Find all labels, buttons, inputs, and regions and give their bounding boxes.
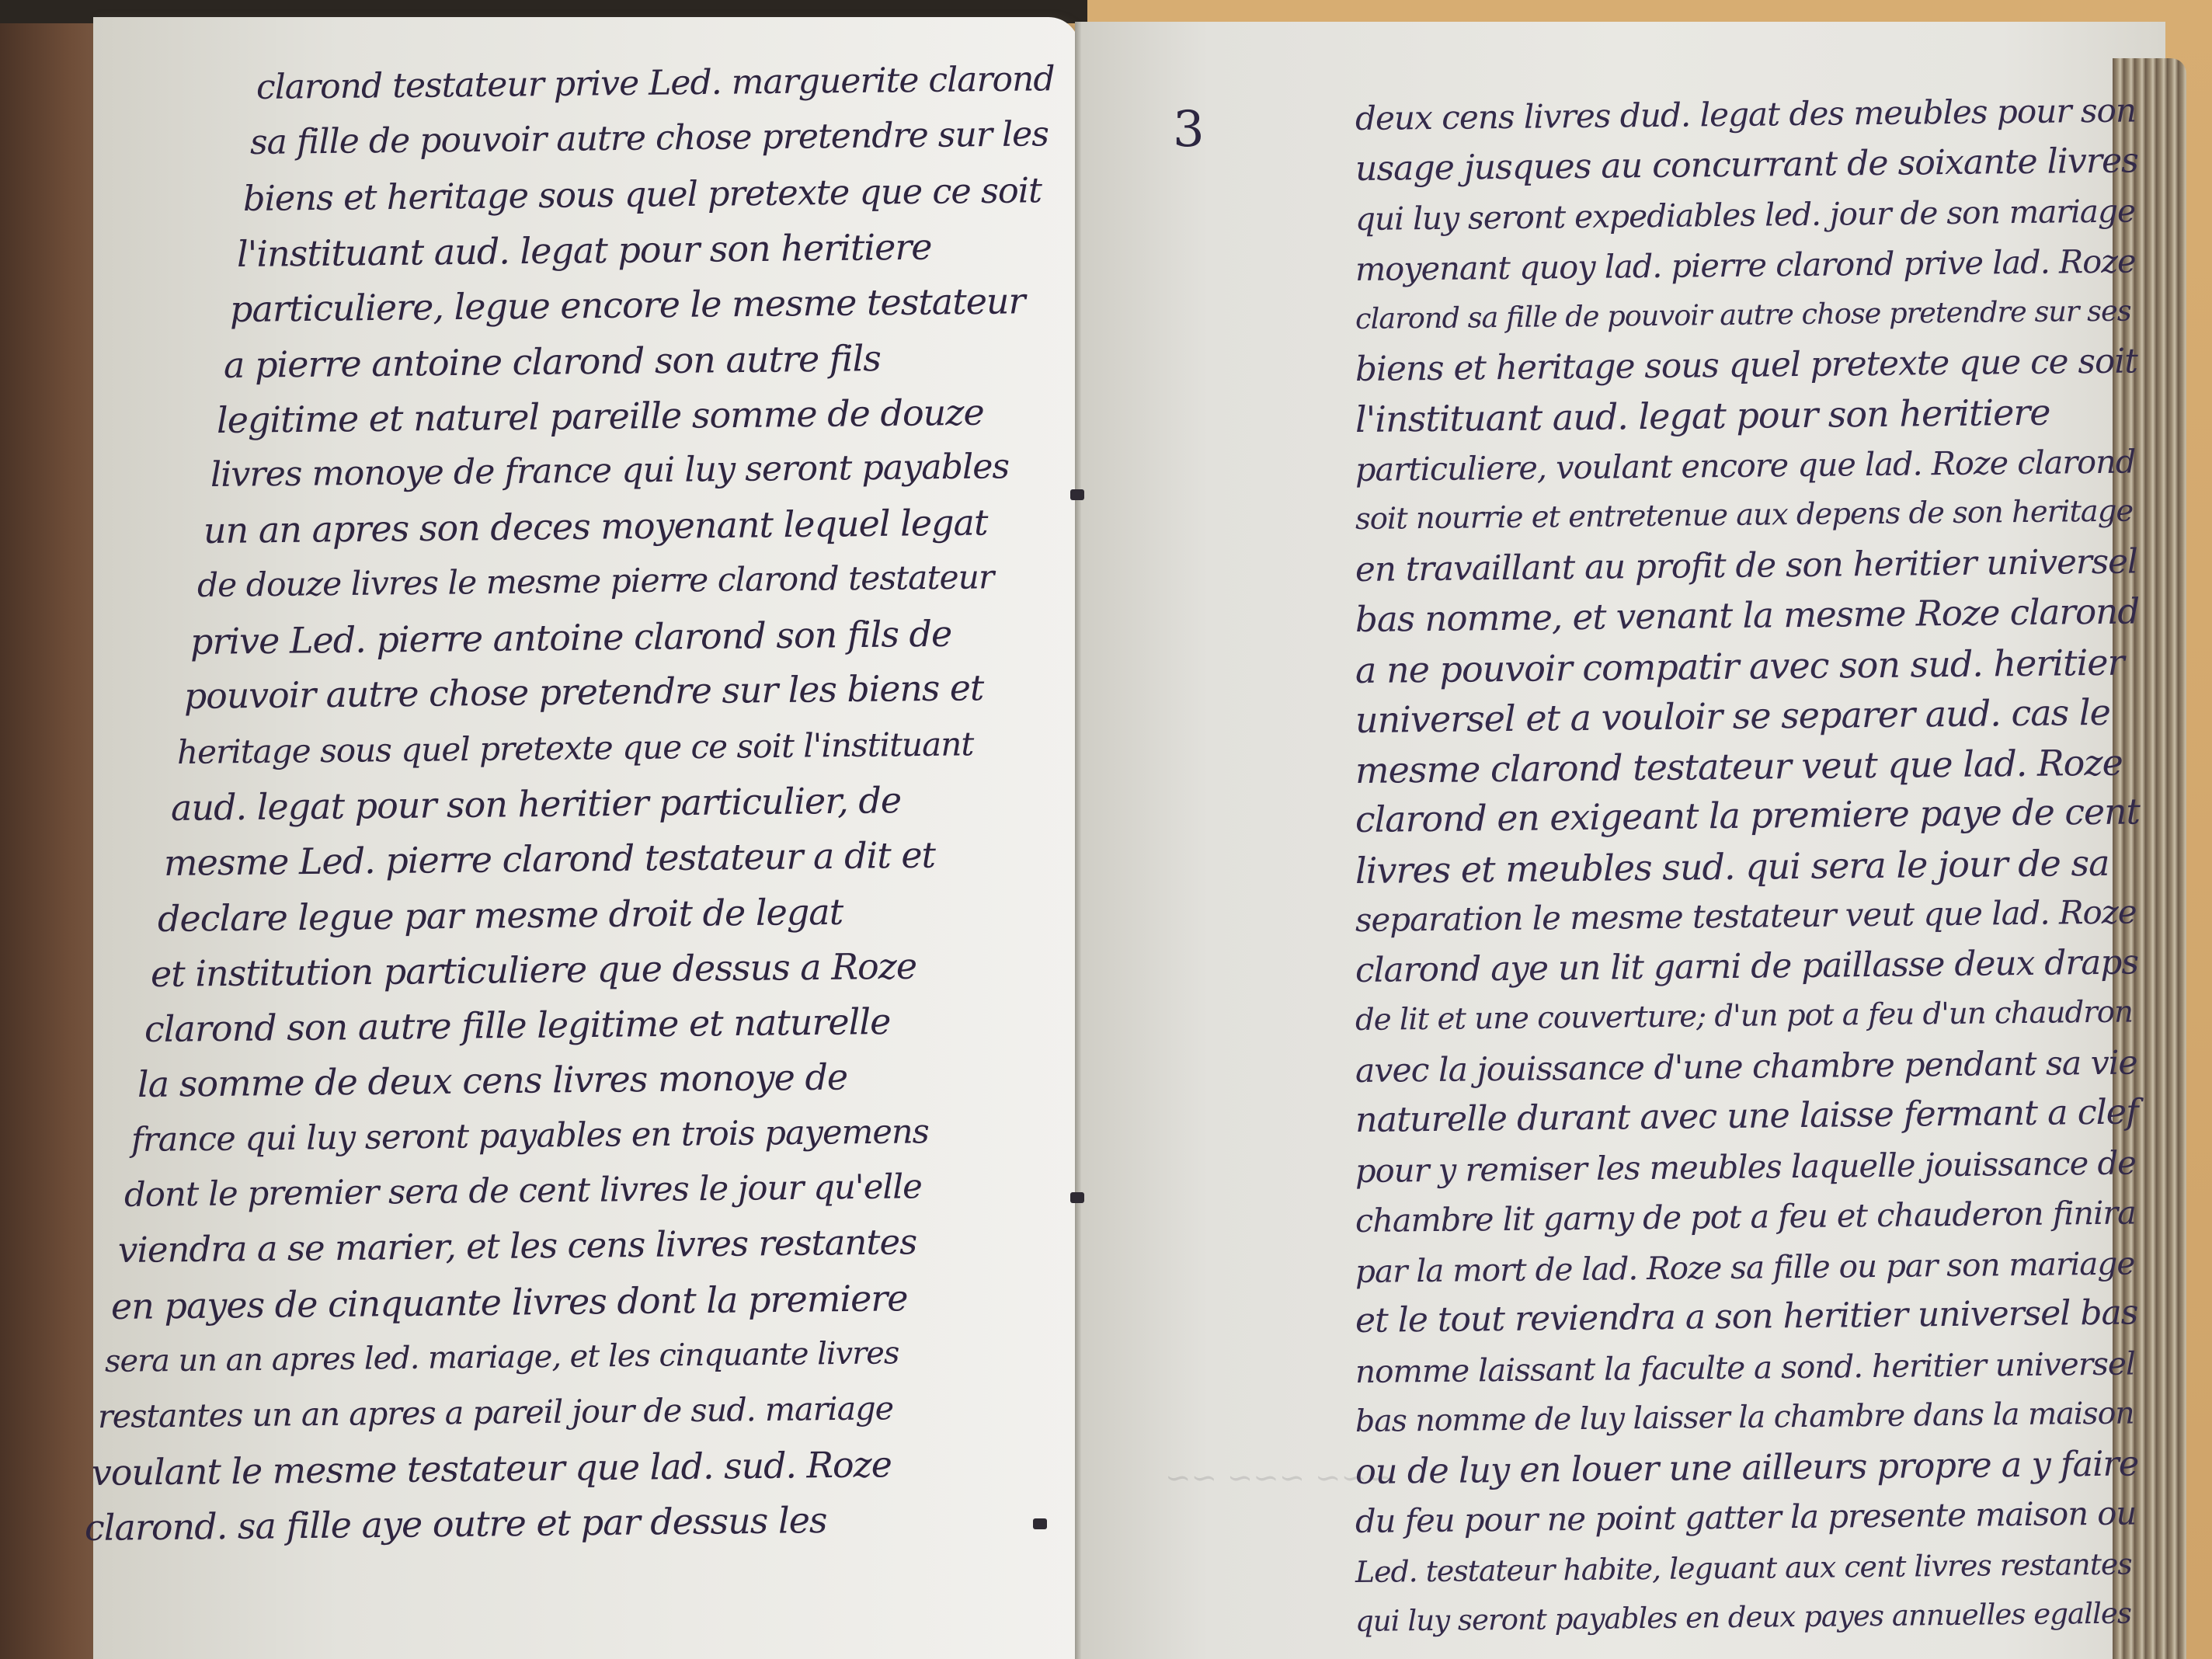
handwritten-line: particuliere, legue encore le mesme test…: [230, 273, 1025, 336]
handwritten-line: sa fille de pouvoir autre chose pretendr…: [249, 108, 1049, 171]
handwritten-line: aud. legat pour son heritier particulier…: [170, 773, 901, 835]
handwritten-line: prive Led. pierre antoine clarond son fi…: [190, 607, 952, 669]
handwritten-line: un an apres son deces moyenant lequel le…: [203, 496, 988, 558]
handwritten-line: clarond testateur prive Led. marguerite …: [256, 52, 1055, 115]
binding-stitch: [1033, 1518, 1047, 1529]
handwritten-line: restantes un an apres a pareil jour de s…: [98, 1381, 894, 1444]
handwritten-line: qui luy seront payables en deux payes an…: [1355, 1587, 2132, 1649]
handwritten-line: declare legue par mesme droit de legat: [157, 884, 843, 945]
binding-stitch: [1070, 489, 1084, 500]
binding-stitch: [1070, 1192, 1084, 1203]
handwritten-line: la somme de deux cens livres monoye de: [137, 1050, 848, 1112]
handwritten-line: clarond. sa fille aye outre et par dessu…: [85, 1493, 827, 1555]
handwritten-line: mesme Led. pierre clarond testateur a di…: [164, 828, 936, 890]
handwritten-line: et institution particuliere que dessus a…: [151, 938, 917, 1000]
handwritten-line: heritage sous quel pretexte que ce soit …: [177, 717, 974, 780]
handwritten-line: livres monoye de france qui luy seront p…: [210, 440, 1009, 503]
handwritten-line: france qui luy seront payables en trois …: [130, 1104, 929, 1167]
handwritten-line: voulant le mesme testateur que lad. sud.…: [91, 1437, 892, 1500]
handwritten-line: biens et heritage sous quel pretexte que…: [243, 163, 1042, 226]
book-gutter: [1075, 22, 1081, 1659]
handwritten-line: l'instituant aud. legat pour son heritie…: [236, 220, 931, 281]
handwritten-line: viendra a se marier, et les cens livres …: [117, 1216, 916, 1278]
handwritten-line: pouvoir autre chose pretendre sur les bi…: [183, 662, 983, 725]
handwritten-line: sera un an apres led. mariage, et les ci…: [104, 1326, 899, 1389]
handwritten-line: en payes de cinquante livres dont la pre…: [111, 1271, 908, 1334]
handwritten-line: legitime et naturel pareille somme de do…: [217, 384, 984, 447]
handwritten-line: dont le premier sera de cent livres le j…: [124, 1160, 923, 1223]
handwritten-line: a pierre antoine clarond son autre fils: [223, 331, 881, 392]
handwritten-line: clarond son autre fille legitime et natu…: [144, 994, 890, 1056]
page-number: 3: [1173, 101, 1205, 158]
handwritten-line: de douze livres le mesme pierre clarond …: [197, 551, 993, 614]
